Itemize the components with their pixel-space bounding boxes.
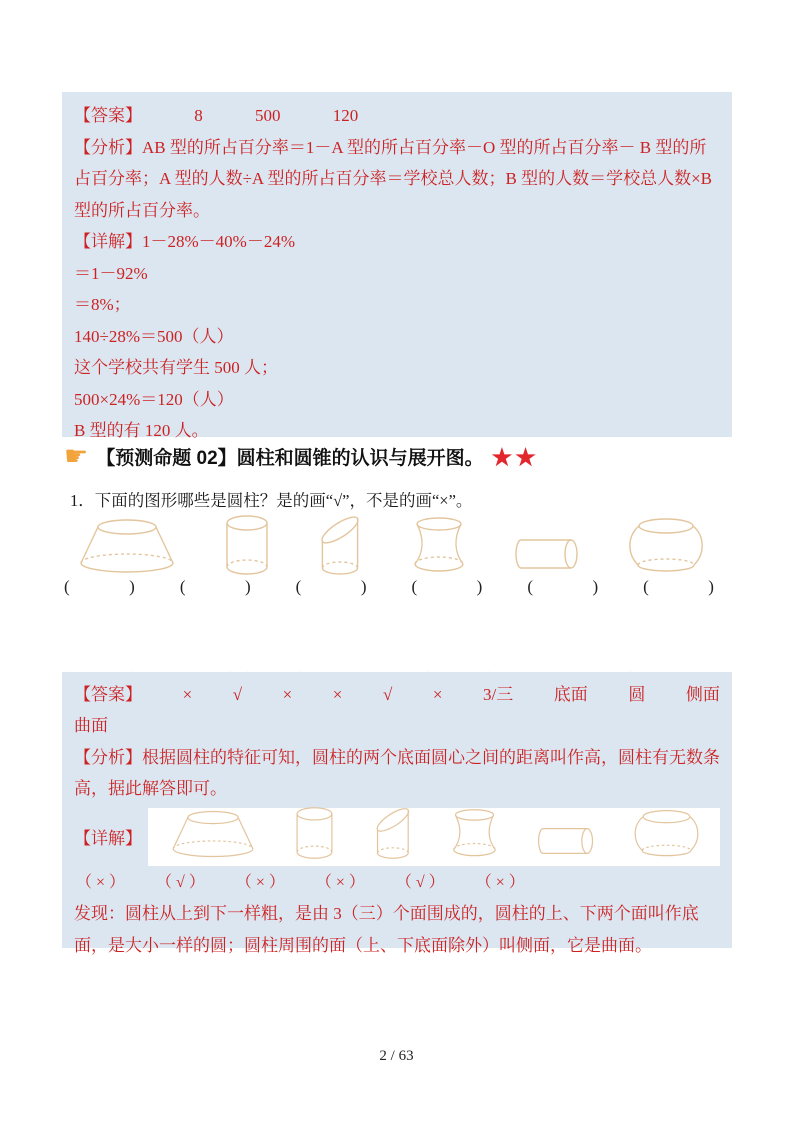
answer-value: 侧面 xyxy=(686,680,720,710)
cylinder-shape-icon xyxy=(223,514,271,576)
answer-label: 【答案】 xyxy=(74,106,142,125)
answer-box-2: 【答案】 × √ × × √ × 3/三 底面 圆 侧面 曲面 【分析】根据圆柱… xyxy=(62,672,732,948)
detail-line: 这个学校共有学生 500 人； xyxy=(74,352,720,384)
detail-text: 1－28%－40%－24% xyxy=(142,232,295,251)
detail-line: ＝8%； xyxy=(74,289,720,321)
answer-value: √ xyxy=(233,680,242,710)
answer-blank: ( ) xyxy=(527,577,598,597)
detail-line: 【详解】1－28%－40%－24% xyxy=(74,226,720,258)
frustum-shape-icon xyxy=(72,516,182,576)
discover-answer-text: 发现：圆柱从上到下一样粗，是由 3（三）个面围成的，圆柱的上、下两个面叫作底面，… xyxy=(74,898,720,962)
horizontal-cylinder-shape-icon xyxy=(511,537,583,571)
oblique-cylinder-shape-icon xyxy=(312,514,366,576)
answer-value: × xyxy=(433,680,443,710)
detail-line: B 型的有 120 人。 xyxy=(74,415,720,447)
answer-blanks-row: ( ) ( ) ( ) ( ) ( ) ( ) xyxy=(64,577,714,597)
analysis-label: 【分析】 xyxy=(74,138,142,157)
mark-value: （ × ） xyxy=(76,868,125,898)
answer-blank: ( ) xyxy=(296,577,367,597)
section-title: 【预测命题 02】圆柱和圆锥的认识与展开图。 xyxy=(96,443,483,470)
barrel-shape-icon xyxy=(629,808,704,860)
analysis-paragraph: 【分析】AB 型的所占百分率＝1－A 型的所占百分率－O 型的所占百分率－ B … xyxy=(74,132,720,227)
analysis-label: 【分析】 xyxy=(74,748,142,767)
pointing-hand-icon: ☛ xyxy=(64,443,88,470)
hourglass-shape-icon xyxy=(408,516,470,576)
analysis-text: AB 型的所占百分率＝1－A 型的所占百分率－O 型的所占百分率－ B 型的所占… xyxy=(74,138,712,220)
answer-line: 【答案】 8 500 120 xyxy=(74,100,720,132)
mark-value: （ √ ） xyxy=(396,868,445,898)
page-number: 2 / 63 xyxy=(0,1048,793,1065)
answer-blank: ( ) xyxy=(64,577,135,597)
detail-line: ＝1－92% xyxy=(74,258,720,290)
question-text: 1．下面的图形哪些是圆柱？是的画“√”，不是的画“×”。 xyxy=(70,487,472,511)
detail-line: 500×24%＝120（人） xyxy=(74,384,720,416)
detail-shapes-panel xyxy=(148,808,720,866)
section-header: ☛ 【预测命题 02】圆柱和圆锥的认识与展开图。 ★★ xyxy=(64,443,539,470)
mark-value: （ × ） xyxy=(316,868,365,898)
detail-label: 【详解】 xyxy=(74,824,142,849)
answer-line: 【答案】 × √ × × √ × 3/三 底面 圆 侧面 xyxy=(74,680,720,710)
frustum-shape-icon xyxy=(164,808,262,860)
detail-shapes-row: 【详解】 xyxy=(74,808,720,866)
horizontal-cylinder-shape-icon xyxy=(534,826,598,856)
answer-value: 8 xyxy=(194,106,203,125)
answer-value: 圆 xyxy=(628,680,645,710)
answer-value: × xyxy=(183,680,193,710)
question-shapes-row xyxy=(72,514,708,576)
answer-value: 500 xyxy=(255,106,281,125)
barrel-shape-icon xyxy=(624,516,708,576)
mark-value: （ × ） xyxy=(236,868,285,898)
detail-label: 【详解】 xyxy=(74,232,142,251)
answer-value: 120 xyxy=(333,106,359,125)
answer-blank: ( ) xyxy=(643,577,714,597)
cylinder-shape-icon xyxy=(293,806,336,860)
document-page: 【答案】 8 500 120 【分析】AB 型的所占百分率＝1－A 型的所占百分… xyxy=(0,0,793,1122)
mark-value: （ √ ） xyxy=(156,868,205,898)
analysis-text: 根据圆柱的特征可知，圆柱的两个底面圆心之间的距离叫作高，圆柱有无数条高，据此解答… xyxy=(74,748,720,799)
answer-box-1: 【答案】 8 500 120 【分析】AB 型的所占百分率＝1－A 型的所占百分… xyxy=(62,92,732,437)
marks-row: （ × ） （ √ ） （ × ） （ × ） （ √ ） （ × ） xyxy=(74,868,720,898)
answer-value: 3/三 xyxy=(483,680,513,710)
answer-value: 底面 xyxy=(554,680,588,710)
oblique-cylinder-shape-icon xyxy=(368,806,416,860)
answer-blank: ( ) xyxy=(180,577,251,597)
difficulty-stars-icon: ★★ xyxy=(492,445,539,469)
hourglass-shape-icon xyxy=(447,808,502,860)
mark-value: （ × ） xyxy=(476,868,525,898)
detail-line: 140÷28%＝500（人） xyxy=(74,321,720,353)
answer-value: √ xyxy=(383,680,392,710)
answer-continuation: 曲面 xyxy=(74,710,720,742)
analysis-paragraph: 【分析】根据圆柱的特征可知，圆柱的两个底面圆心之间的距离叫作高，圆柱有无数条高，… xyxy=(74,742,720,805)
answer-label: 【答案】 xyxy=(74,680,142,710)
answer-value: × xyxy=(333,680,343,710)
answer-value: × xyxy=(283,680,293,710)
answer-blank: ( ) xyxy=(411,577,482,597)
